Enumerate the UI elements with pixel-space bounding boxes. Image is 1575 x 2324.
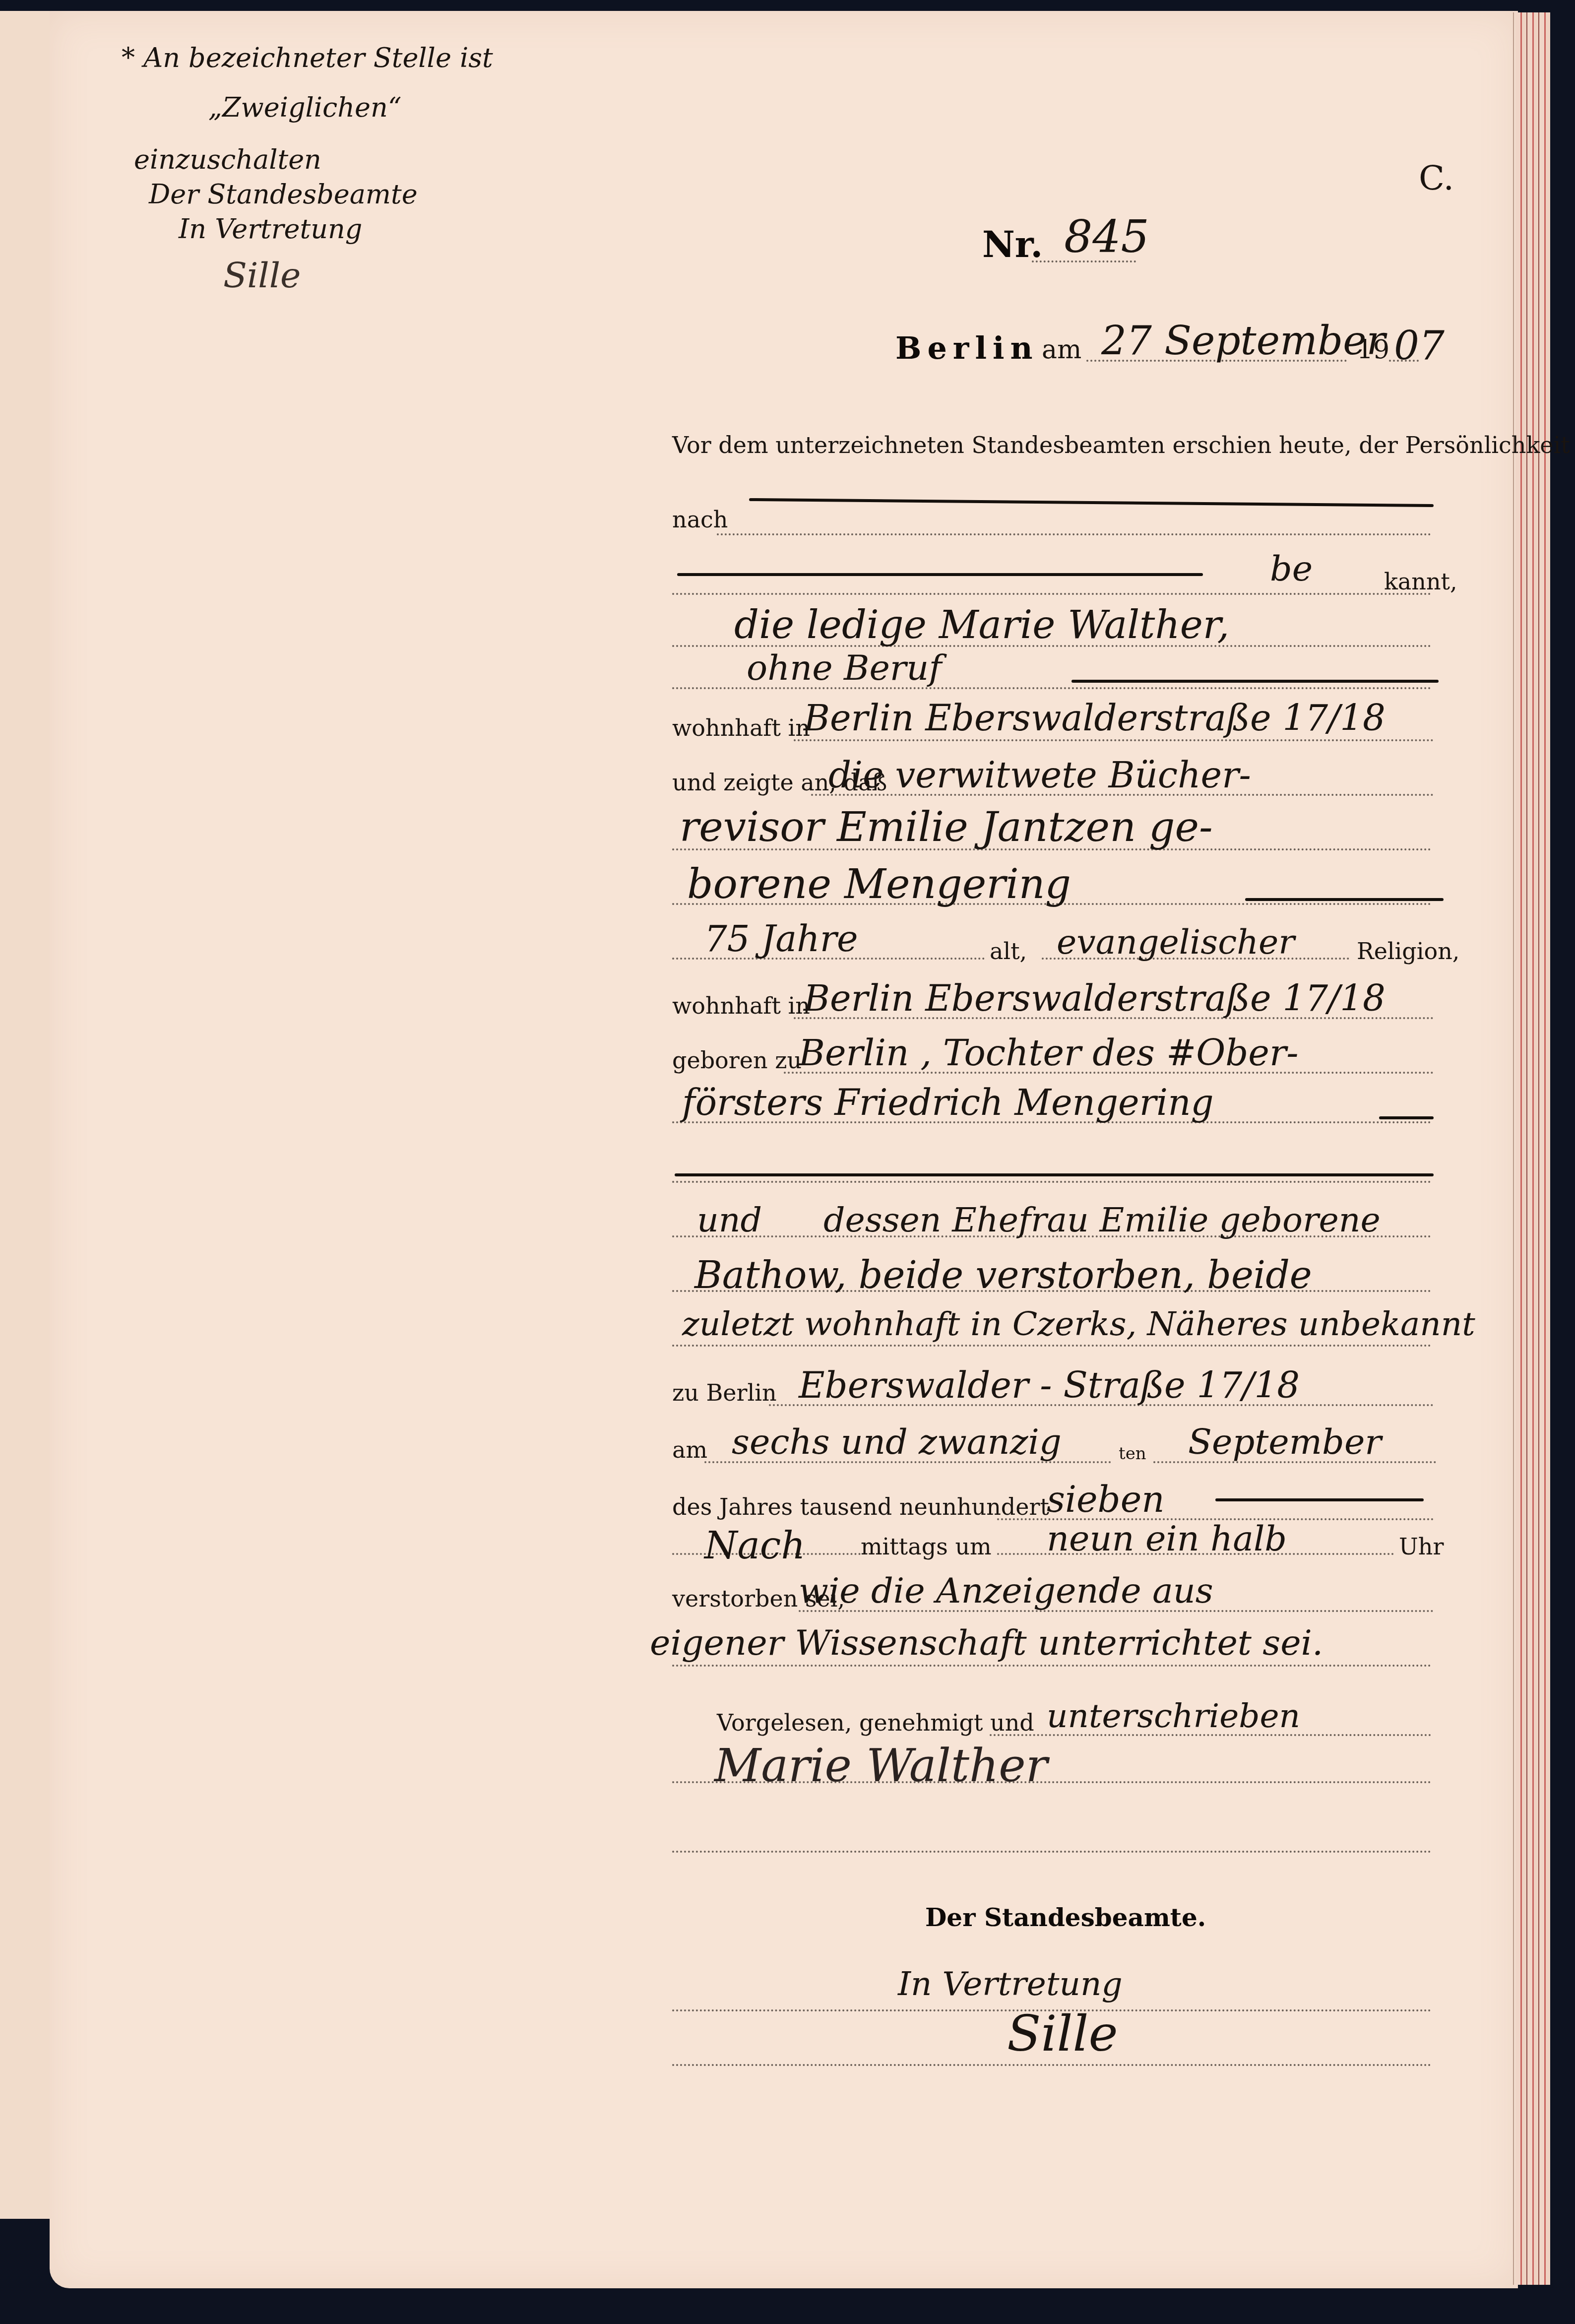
death-place: Eberswalder - Straße 17/18 <box>799 1364 1300 1406</box>
deceased-line-2: revisor Emilie Jantzen ge- <box>680 804 1213 851</box>
bekannt-cancel-stroke <box>677 573 1203 576</box>
alt-label: alt, <box>990 938 1027 965</box>
parents-und: und <box>697 1201 762 1240</box>
death-year-words: sieben <box>1047 1479 1165 1520</box>
kannt-label: kannt, <box>1384 568 1457 595</box>
parents-line-2: Bathow, beide verstorben, beide <box>694 1253 1312 1297</box>
knowledge-line-2: eigener Wissenschaft unterrichtet sei. <box>650 1622 1323 1663</box>
margin-note-line-3: einzuschalten <box>134 146 321 173</box>
am-label: am <box>1042 335 1081 365</box>
death-time-prefix: Nach <box>704 1523 805 1567</box>
entry-number: 845 <box>1064 211 1149 263</box>
death-time: neun ein halb <box>1047 1518 1287 1559</box>
informant-residence: Berlin Eberswalderstraße 17/18 <box>804 697 1386 739</box>
religion-handwritten: evangelischer <box>1057 923 1295 962</box>
informant-line-2: ohne Beruf <box>747 647 942 688</box>
knowledge-line-1: wie die Anzeigende aus <box>799 1570 1213 1611</box>
parents-line-3: zuletzt wohnhaft in Czerks, Näheres unbe… <box>682 1305 1475 1343</box>
deceased-residence: Berlin Eberswalderstraße 17/18 <box>804 977 1386 1019</box>
birthplace-cancel-stroke <box>1379 1116 1434 1119</box>
deceased-line-3: borene Mengering <box>687 861 1071 908</box>
entry-label: Nr. <box>982 223 1043 265</box>
religion-label: Religion, <box>1357 938 1459 965</box>
wohnhaft-label: wohnhaft in <box>672 714 810 741</box>
am-label-2: am <box>672 1436 707 1463</box>
section-letter: C. <box>1419 159 1454 198</box>
birthplace-line-2: försters Friedrich Mengering <box>682 1082 1214 1123</box>
margin-note-signature: Sille <box>223 258 301 293</box>
parents-line-1: dessen Ehefrau Emilie geborene <box>823 1201 1381 1240</box>
death-day: sechs und zwanzig <box>732 1421 1062 1462</box>
margin-note-line-5: In Vertretung <box>179 216 362 243</box>
knowledge-line-2-rule <box>672 1665 1431 1667</box>
wohnhaft-line <box>794 739 1434 741</box>
parents-line-3-rule <box>672 1345 1431 1347</box>
place-printed: Berlin <box>895 330 1039 366</box>
official-signature-rule <box>672 2064 1431 2066</box>
stacked-page-edges <box>1515 12 1550 2285</box>
unterschrieben: unterschrieben <box>1047 1697 1300 1735</box>
blank-cancel-stroke <box>675 1173 1434 1176</box>
extra-signature-line <box>672 1851 1431 1853</box>
age-handwritten: 75 Jahre <box>704 918 858 960</box>
ten-label: ten <box>1119 1444 1146 1464</box>
wohnhaft-label-2: wohnhaft in <box>672 992 810 1019</box>
official-signature: Sille <box>1007 2004 1118 2063</box>
year-suffix: 07 <box>1394 323 1445 369</box>
margin-note-line-1: * An bezeichneter Stelle ist <box>122 45 493 71</box>
left-page-edge <box>0 11 52 2219</box>
informant-cancel-stroke <box>1071 680 1439 683</box>
uhr-label: Uhr <box>1399 1533 1444 1560</box>
official-line-1: In Vertretung <box>898 1965 1123 2003</box>
informant-signature: Marie Walther <box>714 1739 1048 1792</box>
blank-rule <box>672 1181 1431 1183</box>
death-year-cancel-stroke <box>1215 1498 1424 1501</box>
jahres-label: des Jahres tausend neunhundert <box>672 1493 1049 1520</box>
bekannt-line <box>672 593 1431 595</box>
nach-label: nach <box>672 506 728 533</box>
be-handwritten: be <box>1270 548 1313 589</box>
birthplace-line-1: Berlin , Tochter des #Ober- <box>799 1032 1299 1074</box>
margin-note-line-4: Der Standesbeamte <box>149 181 418 208</box>
form-intro: Vor dem unterzeichneten Standesbeamten e… <box>672 432 1570 458</box>
geboren-label: geboren zu <box>672 1047 802 1074</box>
date-handwritten: 27 September <box>1101 318 1386 364</box>
year-prefix: 19 <box>1357 335 1389 365</box>
vorgelesen-label: Vorgelesen, genehmigt und <box>717 1709 1034 1736</box>
margin-note-line-2: „Zweiglichen“ <box>208 94 401 121</box>
standesbeamte-label: Der Standesbeamte. <box>925 1903 1206 1932</box>
informant-line-1: die ledige Marie Walther, <box>734 603 1229 647</box>
page-edge-line <box>1513 12 1514 2285</box>
nach-line <box>717 533 1431 535</box>
mittags-label: mittags um <box>861 1533 992 1560</box>
deceased-line-1: die verwitwete Bücher- <box>828 754 1251 796</box>
zu-berlin-label: zu Berlin <box>672 1379 777 1406</box>
death-month: September <box>1188 1421 1382 1462</box>
deceased-cancel-stroke <box>1245 898 1444 901</box>
